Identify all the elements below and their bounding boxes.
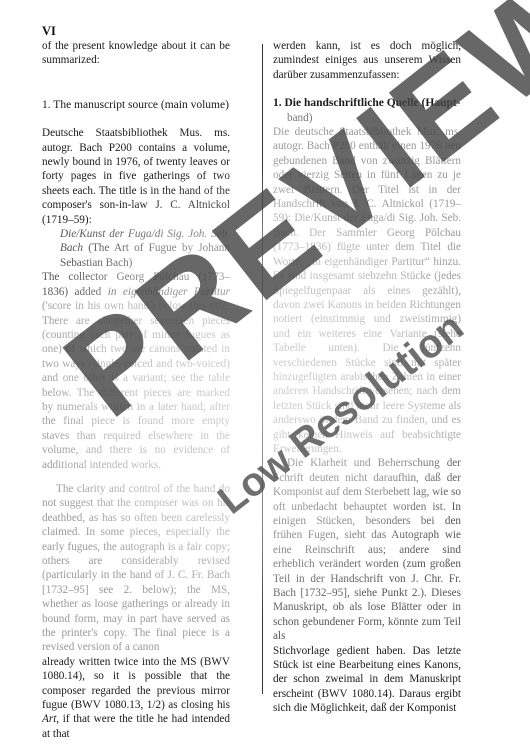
english-column: of the present knowledge about it can be… bbox=[42, 39, 230, 741]
paragraph-2: The collector Georg Pölchau (1773–1836) … bbox=[42, 270, 230, 472]
paragraph-2-de-dark: Stichvorlage gedient haben. Das letzte S… bbox=[273, 644, 461, 716]
section-heading: 1. The manuscript source (main volume) bbox=[42, 98, 230, 112]
paragraph-1-de: Die deutsche Staatsbibliothek Mus. ms. a… bbox=[273, 125, 461, 456]
paragraph-3-continued: already written twice into the MS (BWV 1… bbox=[42, 655, 230, 741]
paragraph-2-rest: ('score in his own hand') below this tit… bbox=[42, 300, 230, 470]
paragraph-1: Deutsche Staatsbibliothek Mus. ms. autog… bbox=[42, 126, 230, 227]
intro-text: of the present knowledge about it can be… bbox=[42, 39, 230, 68]
title-quote-rest: (The Art of Fugue by Johann Sebastian Ba… bbox=[60, 242, 230, 268]
page-number: VI bbox=[42, 24, 56, 39]
title-quote: Die/Kunst der Fuga/di Sig. Joh. Seb. Bac… bbox=[42, 227, 230, 270]
paragraph-2-italic: in eigenhändiger Partitur bbox=[108, 286, 230, 298]
paragraph-3-italic: Art bbox=[42, 713, 56, 725]
paragraph-2-de: Die Klarheit und Beherrschung der Schrif… bbox=[273, 456, 461, 643]
column-divider bbox=[262, 44, 263, 694]
german-column: werden kann, ist es doch möglich, zumind… bbox=[273, 39, 461, 716]
paragraph-3-dark: already written twice into the MS (BWV 1… bbox=[42, 656, 230, 711]
section-heading-de: 1. Die handschriftliche Quelle (Haupt- bbox=[273, 96, 461, 110]
paragraph-3: The clarity and control of the hand do n… bbox=[42, 482, 230, 655]
paragraph-3-end: , if that were the title he had intended… bbox=[42, 713, 230, 739]
section-heading-de-cont: band) bbox=[273, 111, 461, 125]
intro-text-de: werden kann, ist es doch möglich, zumind… bbox=[273, 39, 461, 82]
